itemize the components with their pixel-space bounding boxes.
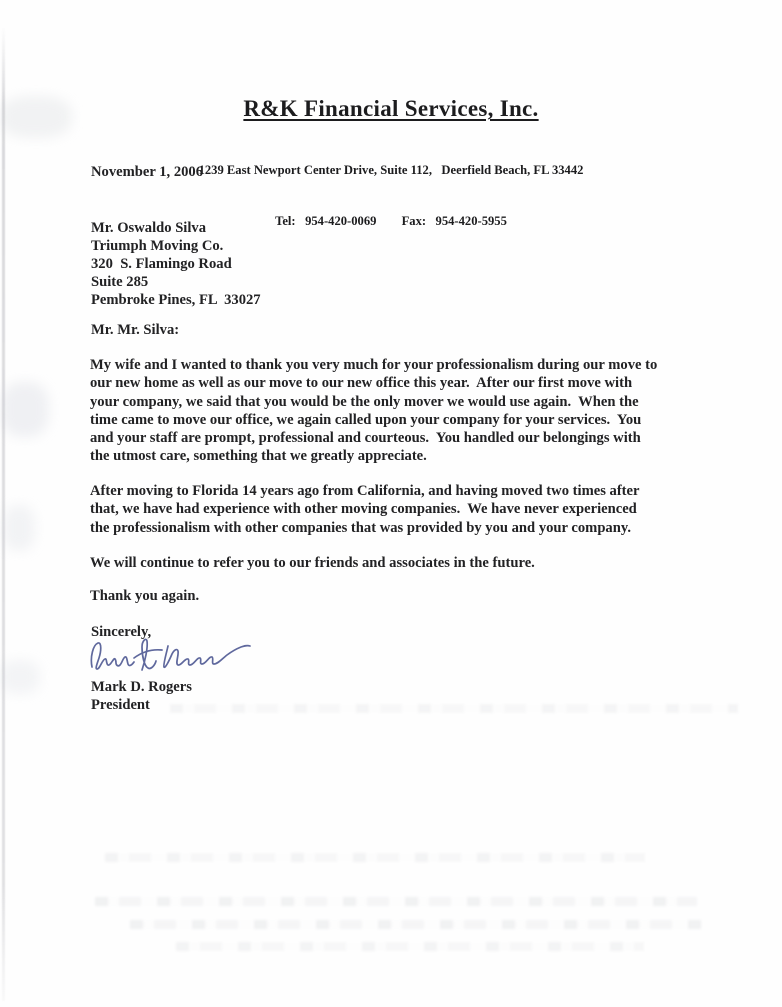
scan-smudge bbox=[1, 382, 49, 437]
body-paragraph-4: Thank you again. bbox=[90, 587, 750, 605]
bleedthrough-smudge bbox=[95, 897, 697, 906]
signature-ink-strokes bbox=[86, 633, 258, 681]
scan-smudge bbox=[3, 505, 35, 551]
scanned-letter-page: R&K Financial Services, Inc. 1239 East N… bbox=[0, 0, 782, 1007]
letter-date: November 1, 2006 bbox=[91, 163, 203, 181]
handwritten-signature bbox=[86, 633, 258, 681]
signer-name: Mark D. Rogers bbox=[91, 678, 192, 696]
body-paragraph-2: After moving to Florida 14 years ago fro… bbox=[90, 482, 750, 537]
bleedthrough-smudge bbox=[130, 920, 702, 929]
salutation: Mr. Mr. Silva: bbox=[91, 321, 179, 339]
body-paragraph-3: We will continue to refer you to our fri… bbox=[90, 554, 750, 572]
scan-smudge bbox=[0, 660, 40, 694]
bleedthrough-smudge bbox=[170, 704, 738, 713]
body-paragraph-1: My wife and I wanted to thank you very m… bbox=[90, 356, 750, 466]
recipient-address-block: Mr. Oswaldo Silva Triumph Moving Co. 320… bbox=[91, 220, 261, 310]
bleedthrough-smudge bbox=[176, 942, 644, 951]
bleedthrough-smudge bbox=[105, 853, 645, 862]
company-name: R&K Financial Services, Inc. bbox=[0, 96, 782, 122]
signer-title: President bbox=[91, 696, 150, 714]
